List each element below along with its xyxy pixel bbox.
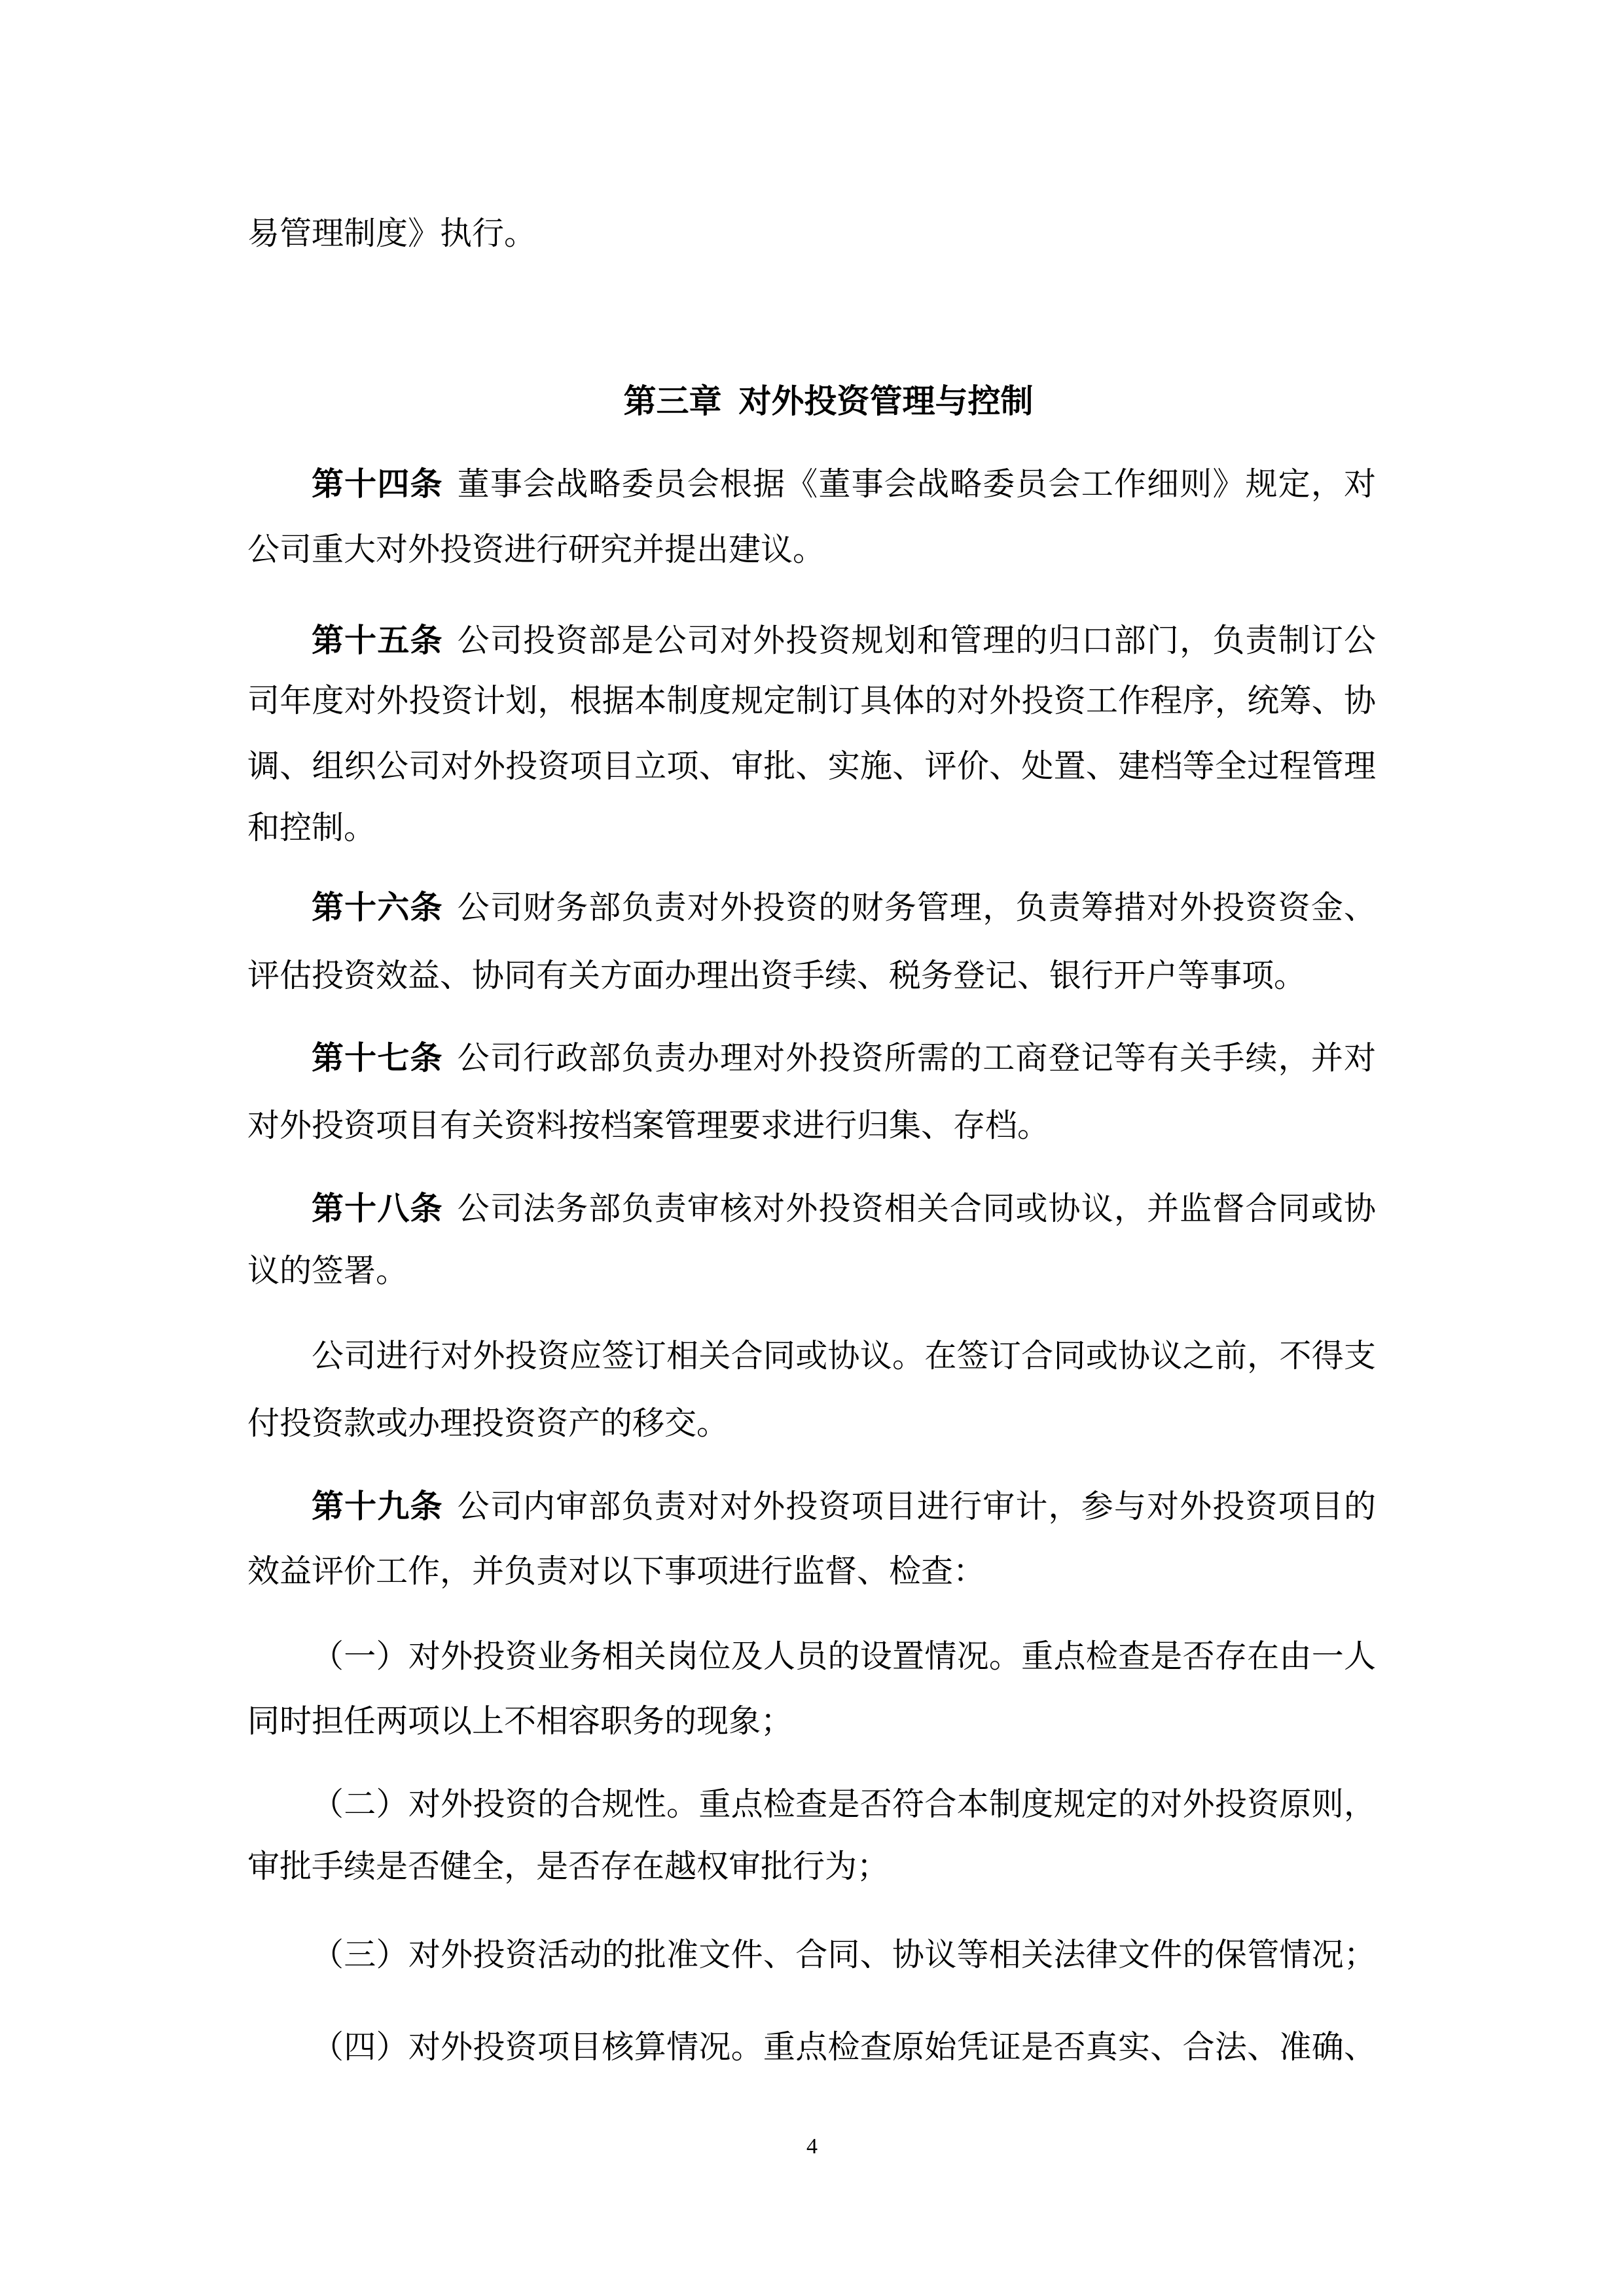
article-text: 公司财务部负责对外投资的财务管理，负责筹措对外投资资金、 [458, 889, 1376, 926]
continuation-line: 易管理制度》执行。 [247, 211, 1376, 257]
article-17-line-1: 第十七条公司行政部负责办理对外投资所需的工商登记等有关手续，并对 [312, 1035, 1376, 1081]
article-16-line-1: 第十六条公司财务部负责对外投资的财务管理，负责筹措对外投资资金、 [312, 885, 1376, 931]
list-item-4-line-1: （四）对外投资项目核算情况。重点检查原始凭证是否真实、合法、准确、 [312, 2024, 1376, 2070]
document-page: 易管理制度》执行。 第三章对外投资管理与控制 第十四条董事会战略委员会根据《董事… [0, 0, 1624, 2296]
article-19-line-2: 效益评价工作，并负责对以下事项进行监督、检查： [247, 1549, 1376, 1594]
article-text: 董事会战略委员会根据《董事会战略委员会工作细则》规定，对 [458, 465, 1376, 503]
article-18-paragraph-2-line-1: 公司进行对外投资应签订相关合同或协议。在签订合同或协议之前，不得支 [312, 1333, 1376, 1379]
list-item-2-line-2: 审批手续是否健全，是否存在越权审批行为； [247, 1844, 1376, 1890]
list-item-1-line-1: （一）对外投资业务相关岗位及人员的设置情况。重点检查是否存在由一人 [312, 1634, 1376, 1679]
chapter-title: 对外投资管理与控制 [739, 382, 1034, 420]
list-item-1-line-2: 同时担任两项以上不相容职务的现象； [247, 1698, 1376, 1744]
chapter-number: 第三章 [624, 382, 722, 420]
article-label: 第十七条 [312, 1039, 443, 1077]
chapter-heading: 第三章对外投资管理与控制 [0, 378, 1624, 424]
article-label: 第十四条 [312, 465, 443, 503]
article-14-line-2: 公司重大对外投资进行研究并提出建议。 [247, 527, 1376, 573]
article-16-line-2: 评估投资效益、协同有关方面办理出资手续、税务登记、银行开户等事项。 [247, 953, 1376, 999]
article-17-line-2: 对外投资项目有关资料按档案管理要求进行归集、存档。 [247, 1103, 1376, 1149]
article-15-line-2: 司年度对外投资计划，根据本制度规定制订具体的对外投资工作程序，统筹、协 [247, 678, 1376, 724]
article-14-line-1: 第十四条董事会战略委员会根据《董事会战略委员会工作细则》规定，对 [312, 461, 1376, 507]
list-item-2-line-1: （二）对外投资的合规性。重点检查是否符合本制度规定的对外投资原则， [312, 1782, 1376, 1827]
article-label: 第十八条 [312, 1190, 443, 1227]
article-text: 公司投资部是公司对外投资规划和管理的归口部门，负责制订公 [458, 622, 1376, 659]
article-15-line-1: 第十五条公司投资部是公司对外投资规划和管理的归口部门，负责制订公 [312, 618, 1376, 664]
article-label: 第十九条 [312, 1488, 443, 1525]
list-item-3-line-1: （三）对外投资活动的批准文件、合同、协议等相关法律文件的保管情况； [312, 1932, 1376, 1978]
article-text: 公司法务部负责审核对外投资相关合同或协议，并监督合同或协 [458, 1190, 1376, 1227]
article-19-line-1: 第十九条公司内审部负责对对外投资项目进行审计，参与对外投资项目的 [312, 1484, 1376, 1530]
page-number: 4 [0, 2134, 1624, 2160]
article-label: 第十五条 [312, 622, 443, 659]
article-18-paragraph-2-line-2: 付投资款或办理投资资产的移交。 [247, 1401, 1376, 1446]
article-18-line-2: 议的签署。 [247, 1248, 1376, 1294]
article-18-line-1: 第十八条公司法务部负责审核对外投资相关合同或协议，并监督合同或协 [312, 1186, 1376, 1232]
article-15-line-4: 和控制。 [247, 805, 1376, 851]
article-text: 公司内审部负责对对外投资项目进行审计，参与对外投资项目的 [458, 1488, 1376, 1525]
article-text: 公司行政部负责办理对外投资所需的工商登记等有关手续，并对 [458, 1039, 1376, 1077]
article-label: 第十六条 [312, 889, 443, 926]
article-15-line-3: 调、组织公司对外投资项目立项、审批、实施、评价、处置、建档等全过程管理 [247, 744, 1376, 789]
